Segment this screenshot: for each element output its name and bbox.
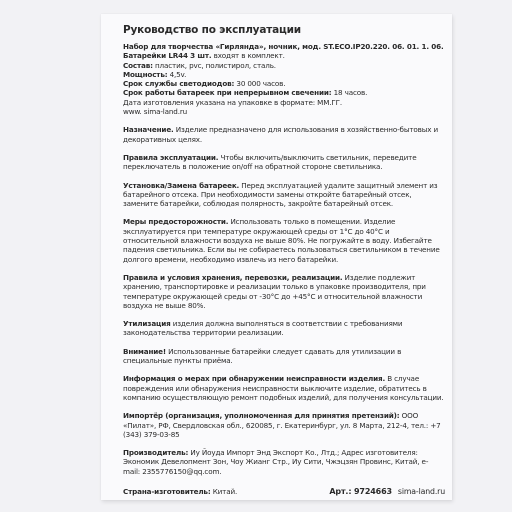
- spec-led-lifetime: Срок службы светодиодов: 30 000 часов.: [123, 79, 445, 88]
- instruction-sheet: Руководство по эксплуатации Набор для тв…: [101, 14, 452, 500]
- section-manufacturer: Производитель: Иу Йоуда Импорт Энд Экспо…: [123, 448, 445, 476]
- section-purpose: Назначение. Изделие предназначено для ис…: [123, 125, 445, 144]
- article-number: Арт.: 9724663: [329, 487, 392, 496]
- section-malfunction: Информация о мерах при обнаружении неисп…: [123, 374, 445, 402]
- document-title: Руководство по эксплуатации: [123, 24, 445, 37]
- section-operation-rules: Правила эксплуатации. Чтобы включить/вык…: [123, 153, 445, 172]
- section-battery-replacement: Установка/Замена батареек. Перед эксплуа…: [123, 181, 445, 209]
- section-storage: Правила и условия хранения, перевозки, р…: [123, 273, 445, 310]
- date-note: Дата изготовления указана на упаковке в …: [123, 98, 445, 107]
- sheet-footer: Страна-изготовитель: Китай. Арт.: 972466…: [123, 487, 445, 496]
- website-text: www. sima-land.ru: [123, 107, 445, 116]
- spec-product: Набор для творчества «Гирлянда», ночник,…: [123, 42, 445, 51]
- sheet-content: Руководство по эксплуатации Набор для тв…: [123, 24, 445, 496]
- country-of-origin: Страна-изготовитель: Китай.: [123, 487, 237, 496]
- article-info: Арт.: 9724663sima-land.ru: [329, 487, 445, 496]
- section-importer: Импортёр (организация, уполномоченная дл…: [123, 411, 445, 439]
- section-disposal: Утилизация изделия должна выполняться в …: [123, 319, 445, 338]
- spec-battery-runtime: Срок работы батареек при непрерывном све…: [123, 88, 445, 97]
- spec-batteries: Батарейки LR44 3 шт. входят в комплект.: [123, 51, 445, 60]
- spec-power: Мощность: 4,5v.: [123, 70, 445, 79]
- spec-composition: Состав: пластик, pvc, полистирол, сталь.: [123, 61, 445, 70]
- specs-block: Набор для творчества «Гирлянда», ночник,…: [123, 42, 445, 116]
- section-precautions: Меры предосторожности. Использовать толь…: [123, 217, 445, 263]
- section-warning: Внимание! Использованные батарейки следу…: [123, 347, 445, 366]
- footer-site: sima-land.ru: [398, 487, 445, 496]
